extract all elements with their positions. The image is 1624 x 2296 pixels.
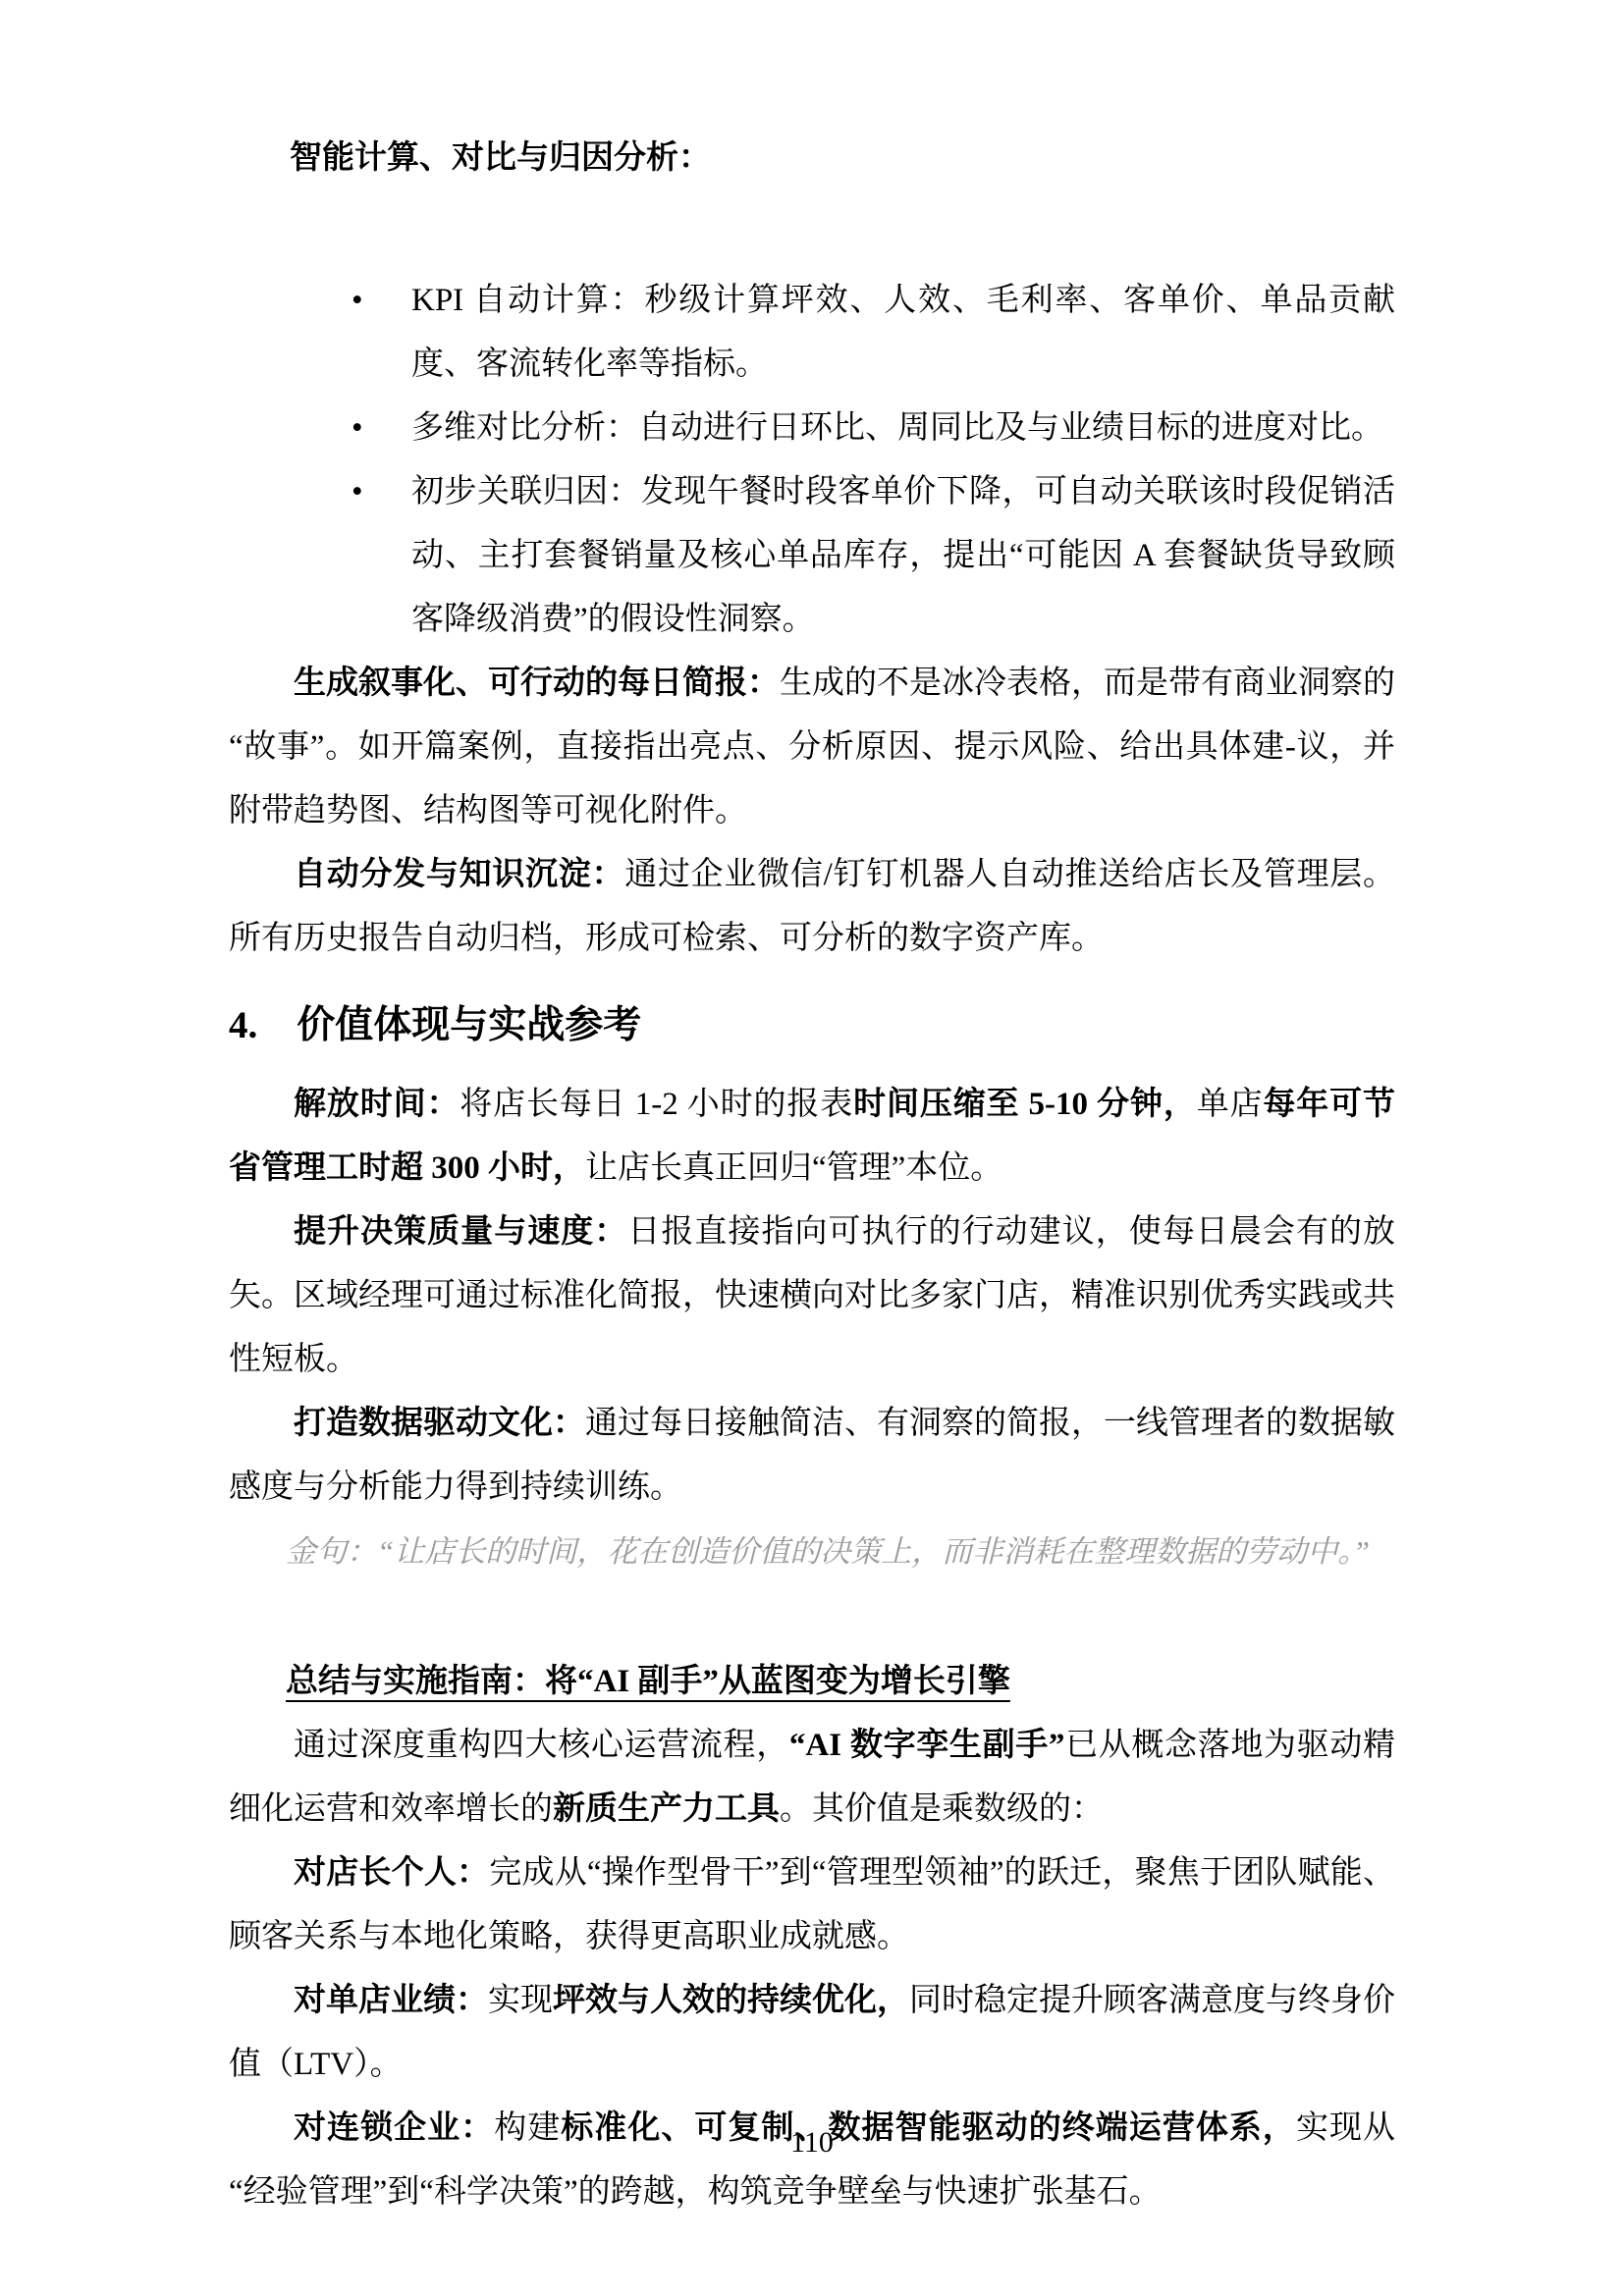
paragraph-free-time: 解放时间：将店长每日 1-2 小时的报表时间压缩至 5-10 分钟，单店每年可节… xyxy=(229,1073,1395,1201)
paragraph-daily-briefing: 生成叙事化、可行动的每日简报：生成的不是冰冷表格，而是带有商业洞察的“故事”。如… xyxy=(229,652,1395,843)
golden-quote: 金句：“让店长的时间，花在创造价值的决策上，而非消耗在整理数据的劳动中。” xyxy=(229,1520,1395,1583)
paragraph-for-store: 对单店业绩：实现坪效与人效的持续优化，同时稳定提升顾客满意度与终身价值（LTV）… xyxy=(229,1969,1395,2097)
section-number: 4. xyxy=(229,990,257,1061)
analysis-heading: 智能计算、对比与归因分析： xyxy=(229,127,1395,190)
bullet-item-kpi-auto-calc: KPI 自动计算：秒级计算坪效、人效、毛利率、客单价、单品贡献度、客流转化率等指… xyxy=(229,269,1395,397)
section-heading-4: 4.价值体现与实战参考 xyxy=(229,990,1395,1061)
summary-heading: 总结与实施指南：将“AI 副手”从蓝图变为增长引擎 xyxy=(229,1650,1395,1714)
bullet-item-attribution: 初步关联归因：发现午餐时段客单价下降，可自动关联该时段促销活动、主打套餐销量及核… xyxy=(229,460,1395,652)
paragraph-for-manager: 对店长个人：完成从“操作型骨干”到“管理型领袖”的跃迁，聚焦于团队赋能、顾客关系… xyxy=(229,1842,1395,1969)
kpi-bullet-list: KPI 自动计算：秒级计算坪效、人效、毛利率、客单价、单品贡献度、客流转化率等指… xyxy=(229,269,1395,652)
paragraph-decision-quality: 提升决策质量与速度：日报直接指向可执行的行动建议，使每日晨会有的放矢。区域经理可… xyxy=(229,1201,1395,1392)
page-content: 智能计算、对比与归因分析： KPI 自动计算：秒级计算坪效、人效、毛利率、客单价… xyxy=(229,127,1395,2224)
paragraph-summary-intro: 通过深度重构四大核心运营流程，“AI 数字孪生副手”已从概念落地为驱动精细化运营… xyxy=(229,1714,1395,1842)
paragraph-data-culture: 打造数据驱动文化：通过每日接触简洁、有洞察的简报，一线管理者的数据敏感度与分析能… xyxy=(229,1392,1395,1520)
section-title: 价值体现与实战参考 xyxy=(297,1004,641,1046)
document-page: 智能计算、对比与归因分析： KPI 自动计算：秒级计算坪效、人效、毛利率、客单价… xyxy=(0,0,1624,2296)
summary-heading-text: 总结与实施指南：将“AI 副手”从蓝图变为增长引擎 xyxy=(286,1664,1010,1699)
paragraph-for-chain: 对连锁企业：构建标准化、可复制、数据智能驱动的终端运营体系，实现从“经验管理”到… xyxy=(229,2097,1395,2224)
page-number: 110 xyxy=(0,2125,1624,2161)
paragraph-auto-distribution: 自动分发与知识沉淀：通过企业微信/钉钉机器人自动推送给店长及管理层。所有历史报告… xyxy=(229,843,1395,971)
bullet-item-multidim-compare: 多维对比分析：自动进行日环比、周同比及与业绩目标的进度对比。 xyxy=(229,397,1395,460)
